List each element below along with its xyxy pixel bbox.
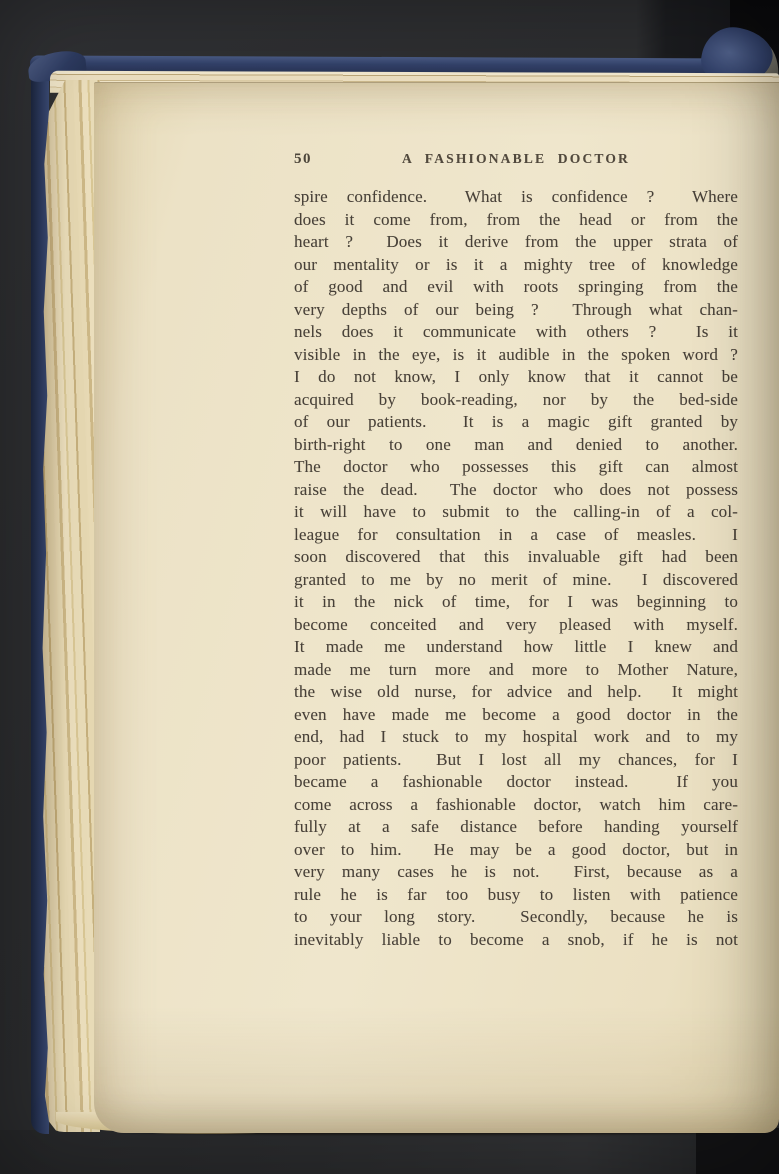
text-line: rule he is far too busy to listen with p… [294, 884, 738, 907]
text-line: end, had I stuck to my hospital work and… [294, 726, 738, 749]
text-line: visible in the eye, is it audible in the… [294, 344, 738, 367]
text-line: very many cases he is not. First, becaus… [294, 861, 738, 884]
backdrop-bottom-strip [0, 1130, 779, 1174]
text-line: soon discovered that this invaluable gif… [294, 546, 738, 569]
text-line: even have made me become a good doctor i… [294, 704, 738, 727]
text-line: over to him. He may be a good doctor, bu… [294, 839, 738, 862]
text-line: It made me understand how little I knew … [294, 636, 738, 659]
text-line: heart ? Does it derive from the upper st… [294, 231, 738, 254]
body-text: spire confidence. What is confidence ? W… [294, 186, 738, 951]
text-line: fully at a safe distance before handing … [294, 816, 738, 839]
text-line: it in the nick of time, for I was beginn… [294, 591, 738, 614]
text-line: our mentality or is it a mighty tree of … [294, 254, 738, 277]
text-line: made me turn more and more to Mother Nat… [294, 659, 738, 682]
page-edges-left-deckle [42, 80, 100, 1132]
text-line: poor patients. But I lost all my chances… [294, 749, 738, 772]
text-line: very depths of our being ? Through what … [294, 299, 738, 322]
text-line: became a fashionable doctor instead. If … [294, 771, 738, 794]
text-line: inevitably liable to become a snob, if h… [294, 929, 738, 952]
text-line: raise the dead. The doctor who does not … [294, 479, 738, 502]
text-line: spire confidence. What is confidence ? W… [294, 186, 738, 209]
text-line: it will have to submit to the calling-in… [294, 501, 738, 524]
page-content: 50 A FASHIONABLE DOCTOR spire confidence… [294, 151, 738, 951]
backdrop-dark-corner-bottom [696, 1128, 779, 1174]
running-head: 50 A FASHIONABLE DOCTOR [294, 151, 738, 168]
text-line: become conceited and very pleased with m… [294, 614, 738, 637]
text-line: the wise old nurse, for advice and help.… [294, 681, 738, 704]
text-line: acquired by book-reading, nor by the bed… [294, 389, 738, 412]
text-line: does it come from, from the head or from… [294, 209, 738, 232]
text-line: league for consultation in a case of mea… [294, 524, 738, 547]
text-line: I do not know, I only know that it canno… [294, 366, 738, 389]
text-line: to your long story. Secondly, because he… [294, 906, 738, 929]
text-line: granted to me by no merit of mine. I dis… [294, 569, 738, 592]
text-line: nels does it communicate with others ? I… [294, 321, 738, 344]
running-title: A FASHIONABLE DOCTOR [294, 151, 738, 167]
text-line: The doctor who possesses this gift can a… [294, 456, 738, 479]
page-number: 50 [294, 151, 312, 168]
text-line: come across a fashionable doctor, watch … [294, 794, 738, 817]
text-line: of good and evil with roots springing fr… [294, 276, 738, 299]
text-line: birth-right to one man and denied to ano… [294, 434, 738, 457]
text-line: of our patients. It is a magic gift gran… [294, 411, 738, 434]
book-photo: 50 A FASHIONABLE DOCTOR spire confidence… [0, 0, 779, 1174]
